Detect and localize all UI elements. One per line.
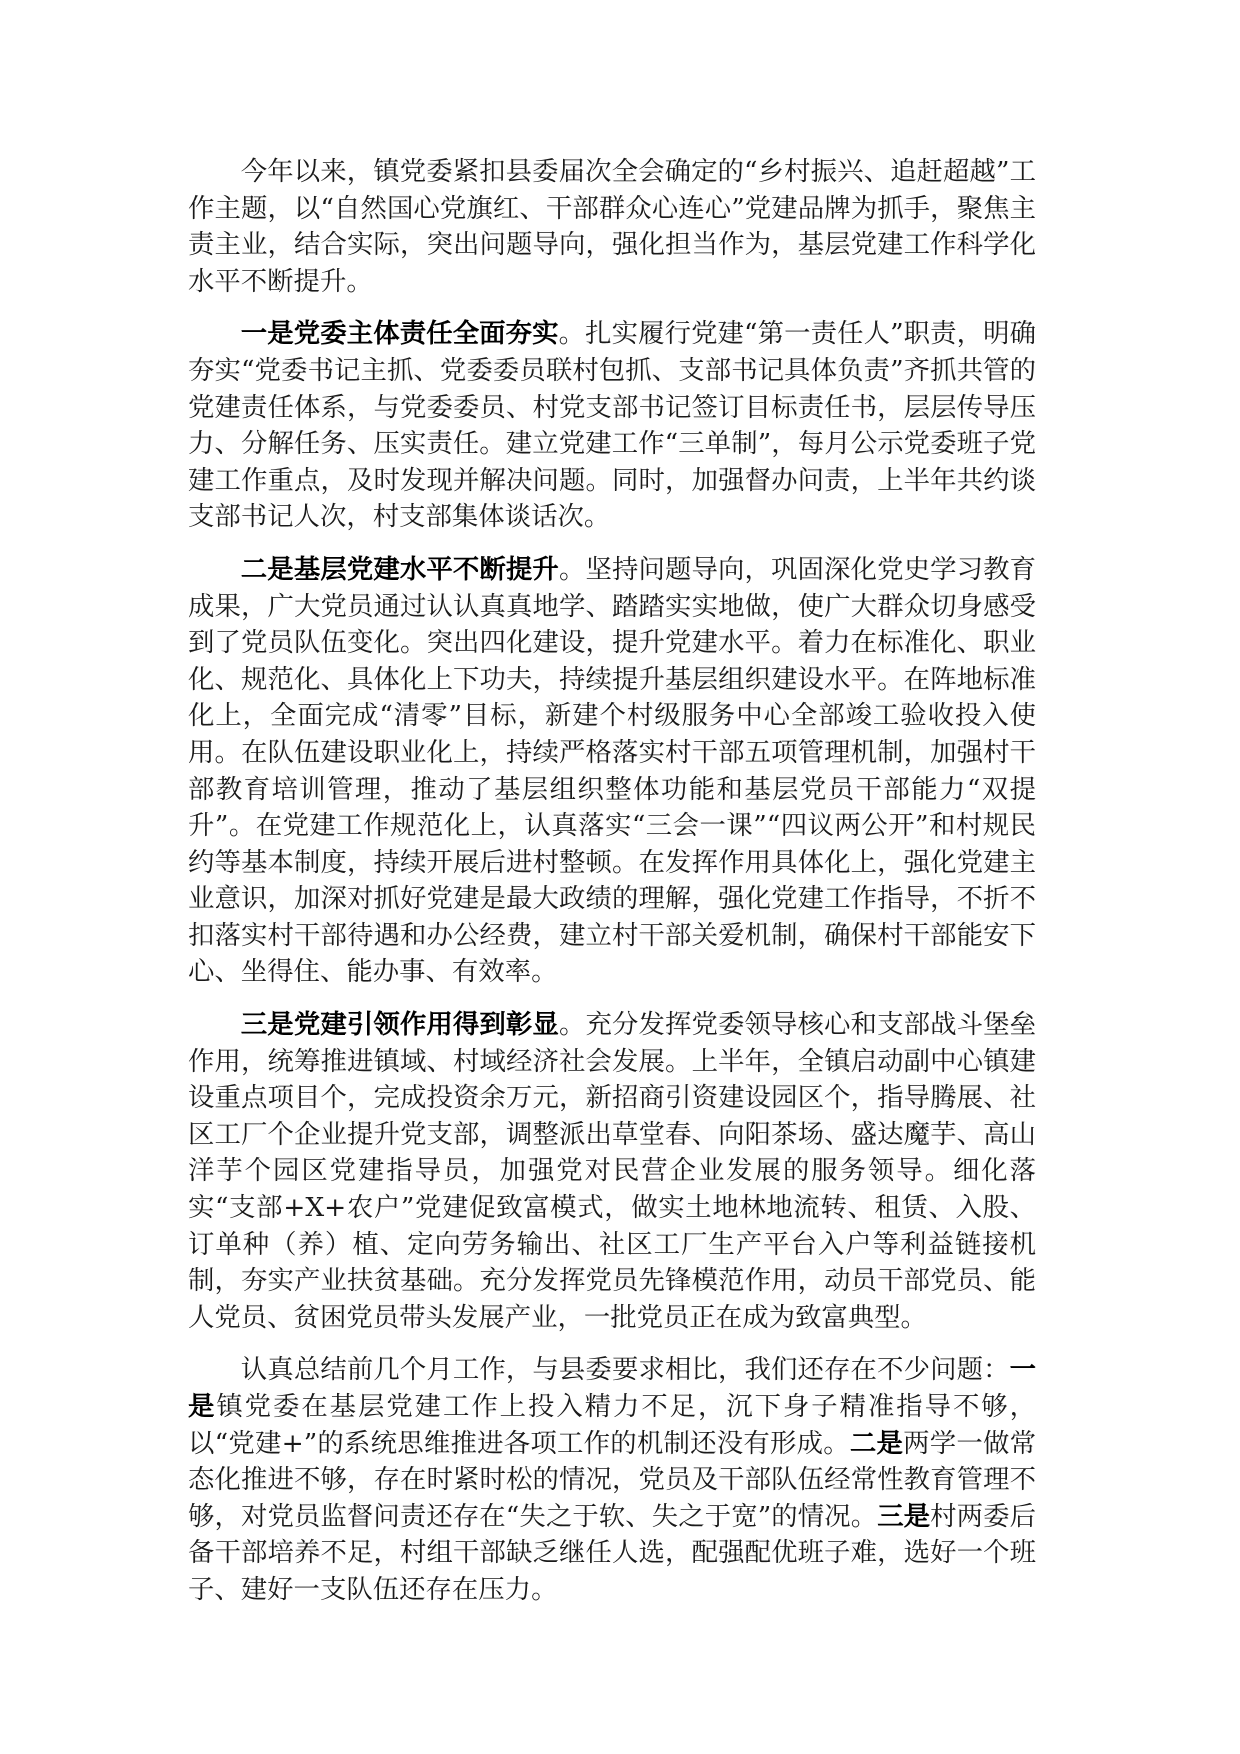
paragraph-text: 今年以来，镇党委紧扣县委届次全会确定的“乡村振兴、追赶超越”工作主题，以“自然国… [188, 156, 1036, 297]
section-one-heading: 一是党委主体责任全面夯实 [241, 318, 559, 349]
section-three-paragraph: 三是党建引领作用得到彰显。充分发挥党委领导核心和支部战斗堡垒作用，统筹推进镇域、… [188, 1007, 1036, 1336]
intro-paragraph: 今年以来，镇党委紧扣县委届次全会确定的“乡村振兴、追赶超越”工作主题，以“自然国… [188, 154, 1036, 300]
section-two-paragraph: 二是基层党建水平不断提升。坚持问题导向，巩固深化党史学习教育成果，广大党员通过认… [188, 552, 1036, 991]
section-one-paragraph: 一是党委主体责任全面夯实。扎实履行党建“第一责任人”职责，明确夯实“党委书记主抓… [188, 316, 1036, 536]
paragraph-text: 。坚持问题导向，巩固深化党史学习教育成果，广大党员通过认认真真地学、踏踏实实地做… [188, 554, 1036, 988]
paragraph-text: 。扎实履行党建“第一责任人”职责，明确夯实“党委书记主抓、党委委员联村包抓、支部… [188, 318, 1036, 532]
issues-intro: 认真总结前几个月工作，与县委要求相比，我们还存在不少问题： [241, 1354, 1010, 1385]
section-two-heading: 二是基层党建水平不断提升 [241, 554, 559, 585]
issue-two-label: 二是 [850, 1428, 903, 1459]
issue-three-label: 三是 [877, 1501, 930, 1532]
section-three-heading: 三是党建引领作用得到彰显 [241, 1009, 559, 1040]
paragraph-text: 。充分发挥党委领导核心和支部战斗堡垒作用，统筹推进镇域、村域经济社会发展。上半年… [188, 1009, 1036, 1333]
document-page: 今年以来，镇党委紧扣县委届次全会确定的“乡村振兴、追赶超越”工作主题，以“自然国… [188, 154, 1036, 1609]
issues-paragraph: 认真总结前几个月工作，与县委要求相比，我们还存在不少问题：一是镇党委在基层党建工… [188, 1352, 1036, 1608]
